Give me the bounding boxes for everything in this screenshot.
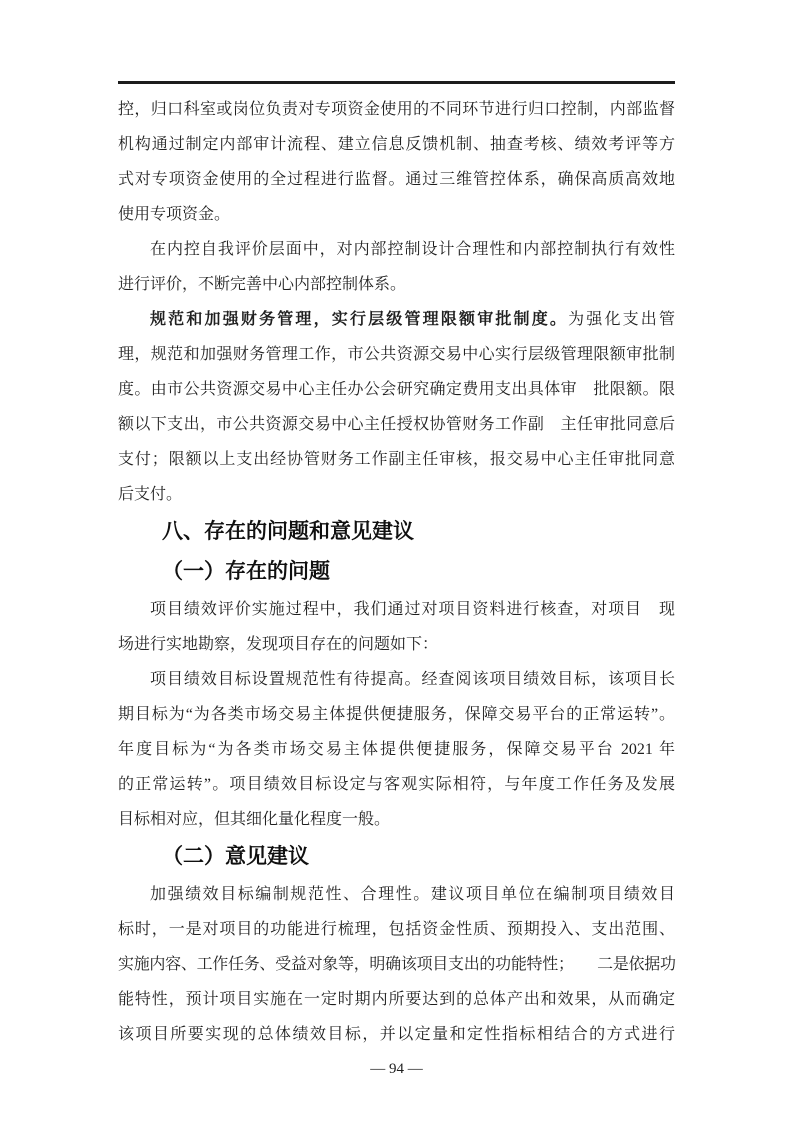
text-run: 度。由市公共资源交易中心主任办公会研究确定费用支出具体审 批限额。限 [118,381,675,398]
text-run: 式对专项资金使用的全过程进行监督。通过三维管控体系，确保高质高效地 [118,171,675,188]
text-run: 进行评价，不断完善中心内部控制体系。 [118,276,406,293]
section-heading: 八、存在的问题和意见建议 [118,512,675,552]
paragraph-line: 的正常运转”。项目绩效目标设定与客观实际相符，与年度工作任务及发展 [118,767,675,802]
paragraph-line: 度。由市公共资源交易中心主任办公会研究确定费用支出具体审 批限额。限 [118,372,675,407]
page-number: — 94 — [118,1052,675,1087]
subsection-heading: （一）存在的问题 [118,552,675,592]
subsection-heading: （二）意见建议 [118,837,675,877]
text-run: 目标相对应，但其细化量化程度一般。 [118,811,390,828]
content: 控，归口科室或岗位负责对专项资金使用的不同环节进行归口控制，内部监督机构通过制定… [118,0,675,1087]
paragraph-line: 理，规范和加强财务管理工作，市公共资源交易中心实行层级管理限额审批制 [118,337,675,372]
paragraph-line: 期目标为“为各类市场交易主体提供便捷服务，保障交易平台的正常运转”。 [118,697,675,732]
paragraph-line: 项目绩效目标设置规范性有待提高。经查阅该项目绩效目标，该项目长 [118,662,675,697]
paragraph-line: 目标相对应，但其细化量化程度一般。 [118,802,675,837]
paragraph-line: 实施内容、工作任务、受益对象等，明确该项目支出的功能特性； 二是依据功 [118,947,675,982]
text-run: 项目绩效评价实施过程中，我们通过对项目资料进行核查，对项目 现 [150,601,675,618]
text-run: 实施内容、工作任务、受益对象等，明确该项目支出的功能特性； 二是依据功 [118,956,675,973]
text-run: 期目标为“为各类市场交易主体提供便捷服务，保障交易平台的正常运转”。 [118,706,675,723]
paragraph-line: 额以下支出，市公共资源交易中心主任授权协管财务工作副 主任审批同意后 [118,407,675,442]
text-run: 支付；限额以上支出经协管财务工作副主任审核，报交易中心主任审批同意 [118,451,675,468]
text-run: 的正常运转”。项目绩效目标设定与客观实际相符，与年度工作任务及发展 [118,776,675,793]
paragraph-line: 年度目标为“为各类市场交易主体提供便捷服务，保障交易平台 2021 年 [118,732,675,767]
paragraph-line: 加强绩效目标编制规范性、合理性。建议项目单位在编制项目绩效目 [118,877,675,912]
paragraph-line: 项目绩效评价实施过程中，我们通过对项目资料进行核查，对项目 现 [118,592,675,627]
paragraph-line: 后支付。 [118,477,675,512]
text-run: 年度目标为“为各类市场交易主体提供便捷服务，保障交易平台 2021 年 [118,741,675,758]
text-run: 该项目所要实现的总体绩效目标，并以定量和定性指标相结合的方式进行 [118,1026,675,1043]
text-run: 机构通过制定内部审计流程、建立信息反馈机制、抽查考核、绩效考评等方 [118,136,675,153]
paragraph-line: 支付；限额以上支出经协管财务工作副主任审核，报交易中心主任审批同意 [118,442,675,477]
text-run: 标时，一是对项目的功能进行梳理，包括资金性质、预期投入、支出范围、 [118,921,675,938]
paragraph-line: 控，归口科室或岗位负责对专项资金使用的不同环节进行归口控制，内部监督 [118,92,675,127]
report-page: 控，归口科室或岗位负责对专项资金使用的不同环节进行归口控制，内部监督机构通过制定… [0,0,793,1122]
paragraph-line: 场进行实地勘察，发现项目存在的问题如下： [118,627,675,662]
bold-text-run: 规范和加强财务管理，实行层级管理限额审批制度。 [150,311,568,328]
paragraph-line: 在内控自我评价层面中，对内部控制设计合理性和内部控制执行有效性 [118,232,675,267]
text-run: 为强化支出管 [568,311,675,328]
text-run: 在内控自我评价层面中，对内部控制设计合理性和内部控制执行有效性 [150,241,675,258]
text-run: 使用专项资金。 [118,206,230,223]
text-run: 加强绩效目标编制规范性、合理性。建议项目单位在编制项目绩效目 [150,886,675,903]
text-run: 项目绩效目标设置规范性有待提高。经查阅该项目绩效目标，该项目长 [150,671,675,688]
paragraph-line: 进行评价，不断完善中心内部控制体系。 [118,267,675,302]
text-run: 后支付。 [118,486,182,503]
text-run: 额以下支出，市公共资源交易中心主任授权协管财务工作副 主任审批同意后 [118,416,675,433]
header-rule [118,81,675,84]
paragraph-line: 式对专项资金使用的全过程进行监督。通过三维管控体系，确保高质高效地 [118,162,675,197]
paragraph-line: 标时，一是对项目的功能进行梳理，包括资金性质、预期投入、支出范围、 [118,912,675,947]
text-run: 理，规范和加强财务管理工作，市公共资源交易中心实行层级管理限额审批制 [118,346,675,363]
text-run: 场进行实地勘察，发现项目存在的问题如下： [118,636,438,653]
paragraph-line: 使用专项资金。 [118,197,675,232]
text-run: 能特性，预计项目实施在一定时期内所要达到的总体产出和效果，从而确定 [118,991,675,1008]
paragraph-line: 能特性，预计项目实施在一定时期内所要达到的总体产出和效果，从而确定 [118,982,675,1017]
paragraph-line: 机构通过制定内部审计流程、建立信息反馈机制、抽查考核、绩效考评等方 [118,127,675,162]
paragraph-line: 规范和加强财务管理，实行层级管理限额审批制度。为强化支出管 [118,302,675,337]
text-run: 控，归口科室或岗位负责对专项资金使用的不同环节进行归口控制，内部监督 [118,101,675,118]
paragraph-line: 该项目所要实现的总体绩效目标，并以定量和定性指标相结合的方式进行 [118,1017,675,1052]
